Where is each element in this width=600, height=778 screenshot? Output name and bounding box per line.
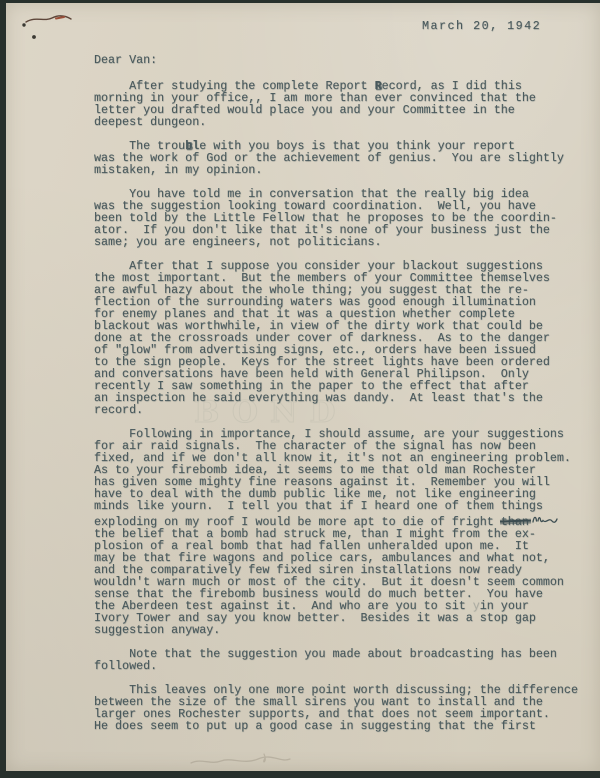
letter-paragraph: Note that the suggestion you made about … [94,648,600,672]
letter-body: After studying the complete Report Recor… [94,80,600,744]
letter-text: You have told me in conversation that th… [94,187,557,249]
staple-holes-and-pen-scribble [14,9,84,49]
struck-out-word: than [501,515,529,529]
scan-background: { "paper": { "color": "#d8d1c1", "ink_co… [0,0,600,778]
date-line: March 20, 1942 [422,20,541,32]
letter-text: This leaves only one more point worth di… [94,683,578,733]
faint-pencil-smudge [186,749,296,773]
letter-paragraph: After studying the complete Report Recor… [94,80,600,128]
letter-text: After that I suppose you consider your b… [94,259,550,417]
salutation: Dear Van: [94,54,157,66]
letter-paragraph: This leaves only one more point worth di… [94,684,600,732]
letter-paragraph: You have told me in conversation that th… [94,188,600,248]
overstruck-character: bl [185,140,199,152]
handwritten-correction [532,512,558,525]
overstruck-character: R [375,80,382,92]
pen-scribble-red-icon [56,17,64,19]
letter-paragraph: Following in importance, I should assume… [94,428,600,636]
letter-page: BOND March 20, 1942 Dear Van: After stud… [6,3,600,771]
pencil-smudge-icon [264,754,266,762]
staple-hole-icon [32,35,36,39]
staple-hole-icon [22,23,25,26]
letter-paragraph: After that I suppose you consider your b… [94,260,600,416]
letter-text: Note that the suggestion you made about … [94,647,557,673]
pencil-smudge-icon [191,757,290,763]
ghost-character: y [473,599,480,613]
letter-text: Following in importance, I should assume… [94,427,571,529]
letter-paragraph: The trouble with you boys is that you th… [94,140,600,176]
